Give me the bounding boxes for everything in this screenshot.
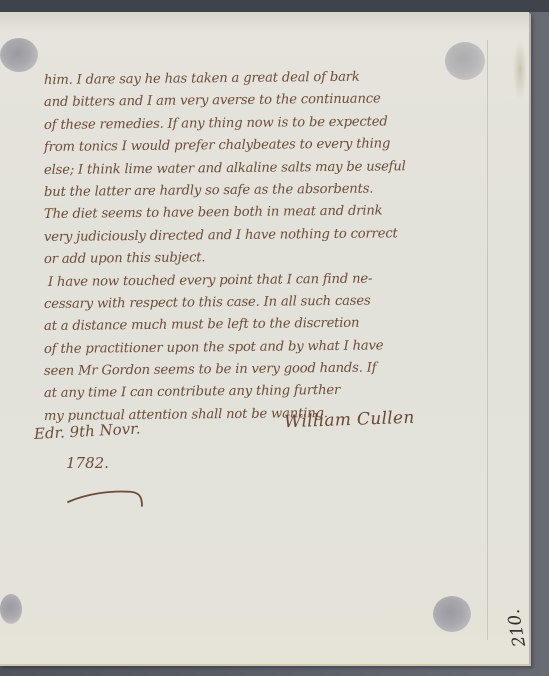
edge-stain xyxy=(513,40,527,100)
scan-background-top xyxy=(0,0,549,12)
pen-flourish-icon xyxy=(66,486,146,510)
date-year: 1782. xyxy=(34,448,141,478)
mounting-spot-bottom-left xyxy=(0,594,22,624)
manuscript-scan: him. I dare say he has taken a great dea… xyxy=(0,0,549,676)
place-date: Edr. 9th Novr. xyxy=(33,414,141,448)
mounting-spot-bottom-right xyxy=(433,596,471,632)
letter-body: him. I dare say he has taken a great dea… xyxy=(44,70,494,428)
page-top-fold xyxy=(0,12,529,30)
dateline: Edr. 9th Novr. 1782. xyxy=(34,420,141,478)
mounting-spot-top-left xyxy=(0,38,38,72)
